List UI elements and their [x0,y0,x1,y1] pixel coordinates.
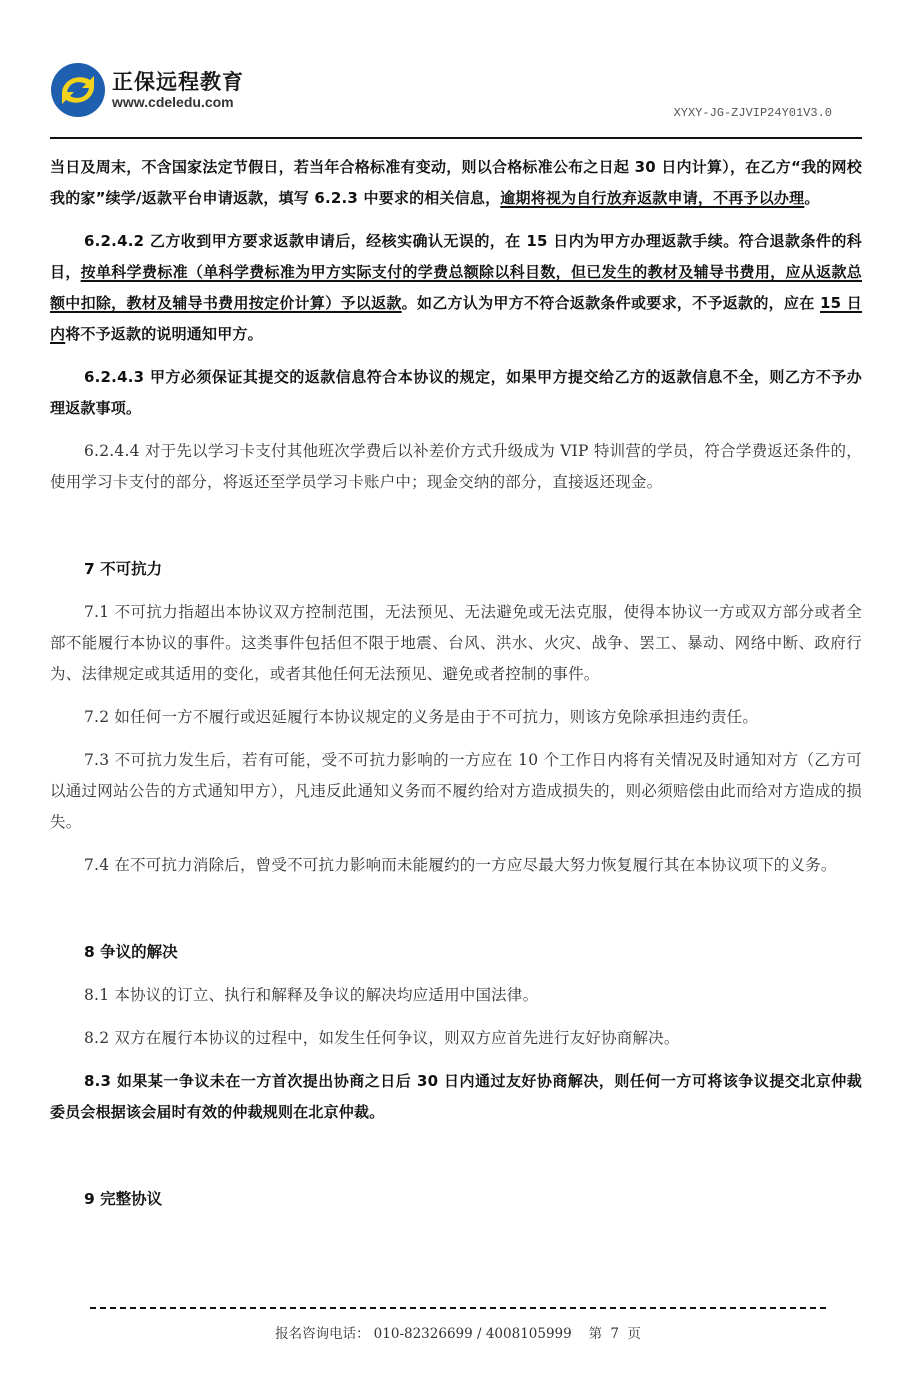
page-footer: 报名咨询电话：010-82326699 / 4008105999 第 7 页 [0,1322,916,1342]
swirl-logo-icon [50,62,106,118]
clause-7-1: 7.1 不可抗力指超出本协议双方控制范围，无法预见、无法避免或无法克服，使得本协… [50,597,862,690]
section-9-heading: 9 完整协议 [50,1184,862,1215]
page-suffix: 页 [627,1326,641,1342]
header-divider [50,137,862,139]
clause-6-2-4-2: 6.2.4.2 乙方收到甲方要求返款申请后，经核实确认无误的，在 15 日内为甲… [50,226,862,350]
footer-dashed-divider [90,1307,826,1309]
page-prefix: 第 [589,1326,603,1342]
clause-8-2: 8.2 双方在履行本协议的过程中，如发生任何争议，则双方应首先进行友好协商解决。 [50,1023,862,1054]
clause-6-2-4-3: 6.2.4.3 甲方必须保证其提交的返款信息符合本协议的规定，如果甲方提交给乙方… [50,362,862,424]
section-8-heading: 8 争议的解决 [50,937,862,968]
brand-url: www.cdeledu.com [112,94,234,110]
underlined-text: 逾期将视为自行放弃返款申请，不再予以办理 [500,189,804,207]
page-header: 正保远程教育 www.cdeledu.com [50,62,860,132]
clause-8-1: 8.1 本协议的订立、执行和解释及争议的解决均应适用中国法律。 [50,980,862,1011]
clause-7-2: 7.2 如任何一方不履行或迟延履行本协议规定的义务是由于不可抗力，则该方免除承担… [50,702,862,733]
text-run: 。如乙方认为甲方不符合返款条件或要求，不予返款的，应在 [402,294,820,312]
text-run: 。 [804,189,819,207]
page-number: 7 [610,1326,619,1342]
clause-6-2-4-4: 6.2.4.4 对于先以学习卡支付其他班次学费后以补差价方式升级成为 VIP 特… [50,436,862,498]
document-body: 当日及周末，不含国家法定节假日，若当年合格标准有变动，则以合格标准公布之日起 3… [50,152,862,1215]
contact-label: 报名咨询电话： [275,1326,370,1342]
section-7-heading: 7 不可抗力 [50,554,862,585]
clause-7-4: 7.4 在不可抗力消除后，曾受不可抗力影响而未能履约的一方应尽最大努力恢复履行其… [50,850,862,881]
clause-8-3: 8.3 如果某一争议未在一方首次提出协商之日后 30 日内通过友好协商解决，则任… [50,1066,862,1128]
brand-name: 正保远程教育 [112,66,244,96]
contact-phones: 010-82326699 / 4008105999 [374,1326,572,1342]
clause-7-3: 7.3 不可抗力发生后，若有可能，受不可抗力影响的一方应在 10 个工作日内将有… [50,745,862,838]
document-code: XYXY-JG-ZJVIP24Y01V3.0 [674,106,832,120]
text-run: 将不予返款的说明通知甲方。 [65,325,263,343]
paragraph-continuation: 当日及周末，不含国家法定节假日，若当年合格标准有变动，则以合格标准公布之日起 3… [50,152,862,214]
